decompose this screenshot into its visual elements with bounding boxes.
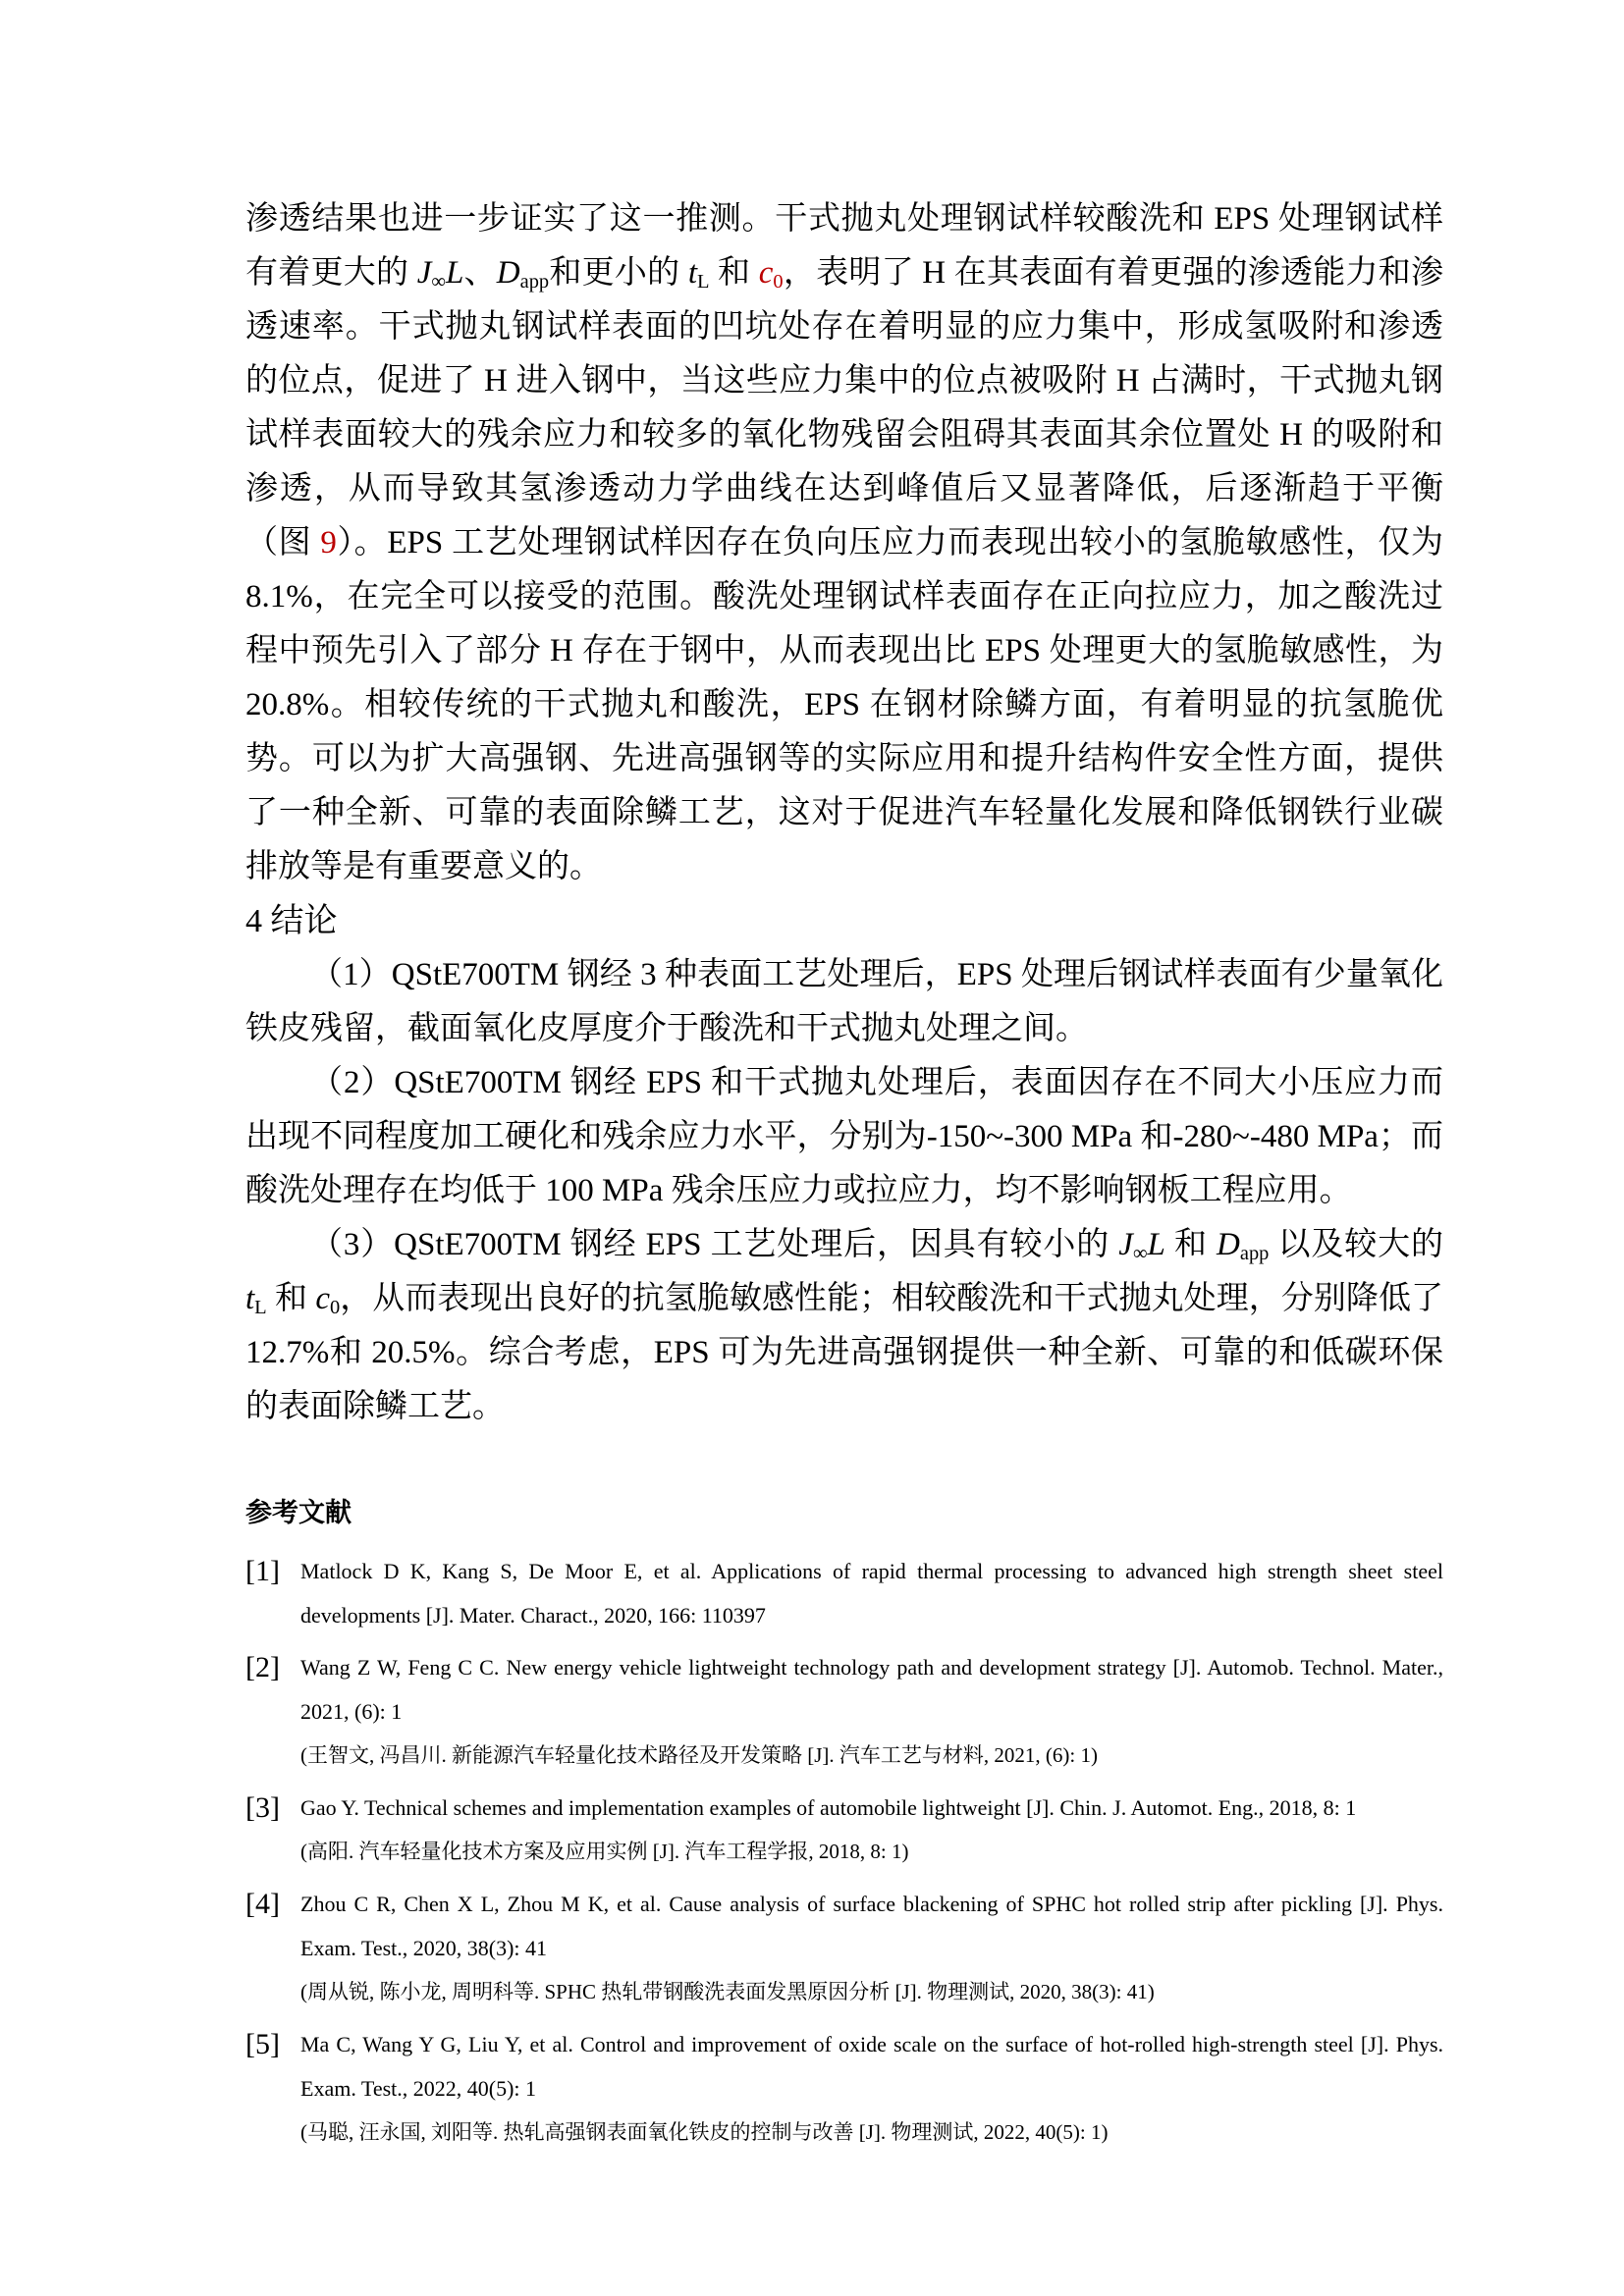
reference-text-zh: (周从锐, 陈小龙, 周明科等. SPHC 热轧带钢酸洗表面发黑原因分析 [J]…	[300, 1970, 1443, 2014]
page-content: 渗透结果也进一步证实了这一推测。干式抛丸处理钢试样较酸洗和 EPS 处理钢试样有…	[0, 0, 1624, 2155]
reference-text-zh: (马聪, 汪永国, 刘阳等. 热轧高强钢表面氧化铁皮的控制与改善 [J]. 物理…	[300, 2110, 1443, 2155]
reference-label: [5]	[245, 2022, 300, 2066]
conclusion-paragraph-3: （3）QStE700TM 钢经 EPS 工艺处理后，因具有较小的 J∞L 和 D…	[245, 1218, 1443, 1434]
reference-body: Ma C, Wang Y G, Liu Y, et al. Control an…	[300, 2022, 1443, 2155]
reference-text-zh: (高阳. 汽车轻量化技术方案及应用实例 [J]. 汽车工程学报, 2018, 8…	[300, 1830, 1443, 1874]
reference-item: [2] Wang Z W, Feng C C. New energy vehic…	[245, 1645, 1443, 1778]
conclusion-heading: 4 结论	[245, 894, 1443, 948]
reference-item: [3] Gao Y. Technical schemes and impleme…	[245, 1786, 1443, 1874]
reference-item: [4] Zhou C R, Chen X L, Zhou M K, et al.…	[245, 1882, 1443, 2014]
reference-label: [3]	[245, 1786, 300, 1830]
reference-text-zh: (王智文, 冯昌川. 新能源汽车轻量化技术路径及开发策略 [J]. 汽车工艺与材…	[300, 1734, 1443, 1778]
reference-label: [1]	[245, 1549, 300, 1593]
reference-text-en: Ma C, Wang Y G, Liu Y, et al. Control an…	[300, 2022, 1443, 2110]
intro-paragraph: 渗透结果也进一步证实了这一推测。干式抛丸处理钢试样较酸洗和 EPS 处理钢试样有…	[245, 192, 1443, 894]
reference-item: [1] Matlock D K, Kang S, De Moor E, et a…	[245, 1549, 1443, 1637]
reference-text-en: Gao Y. Technical schemes and implementat…	[300, 1786, 1443, 1830]
conclusion-paragraph-1: （1）QStE700TM 钢经 3 种表面工艺处理后，EPS 处理后钢试样表面有…	[245, 948, 1443, 1056]
reference-body: Gao Y. Technical schemes and implementat…	[300, 1786, 1443, 1874]
reference-text-en: Matlock D K, Kang S, De Moor E, et al. A…	[300, 1549, 1443, 1637]
conclusion-paragraph-2: （2）QStE700TM 钢经 EPS 和干式抛丸处理后，表面因存在不同大小压应…	[245, 1056, 1443, 1218]
reference-item: [5] Ma C, Wang Y G, Liu Y, et al. Contro…	[245, 2022, 1443, 2155]
reference-text-en: Zhou C R, Chen X L, Zhou M K, et al. Cau…	[300, 1882, 1443, 1970]
references-heading: 参考文献	[245, 1491, 1443, 1535]
main-text-block: 渗透结果也进一步证实了这一推测。干式抛丸处理钢试样较酸洗和 EPS 处理钢试样有…	[245, 192, 1443, 1434]
reference-label: [2]	[245, 1645, 300, 1689]
references-section: 参考文献 [1] Matlock D K, Kang S, De Moor E,…	[245, 1491, 1443, 2155]
reference-text-en: Wang Z W, Feng C C. New energy vehicle l…	[300, 1645, 1443, 1734]
reference-body: Zhou C R, Chen X L, Zhou M K, et al. Cau…	[300, 1882, 1443, 2014]
reference-label: [4]	[245, 1882, 300, 1926]
reference-body: Wang Z W, Feng C C. New energy vehicle l…	[300, 1645, 1443, 1778]
reference-body: Matlock D K, Kang S, De Moor E, et al. A…	[300, 1549, 1443, 1637]
paper-page: 渗透结果也进一步证实了这一推测。干式抛丸处理钢试样较酸洗和 EPS 处理钢试样有…	[0, 0, 1624, 2296]
